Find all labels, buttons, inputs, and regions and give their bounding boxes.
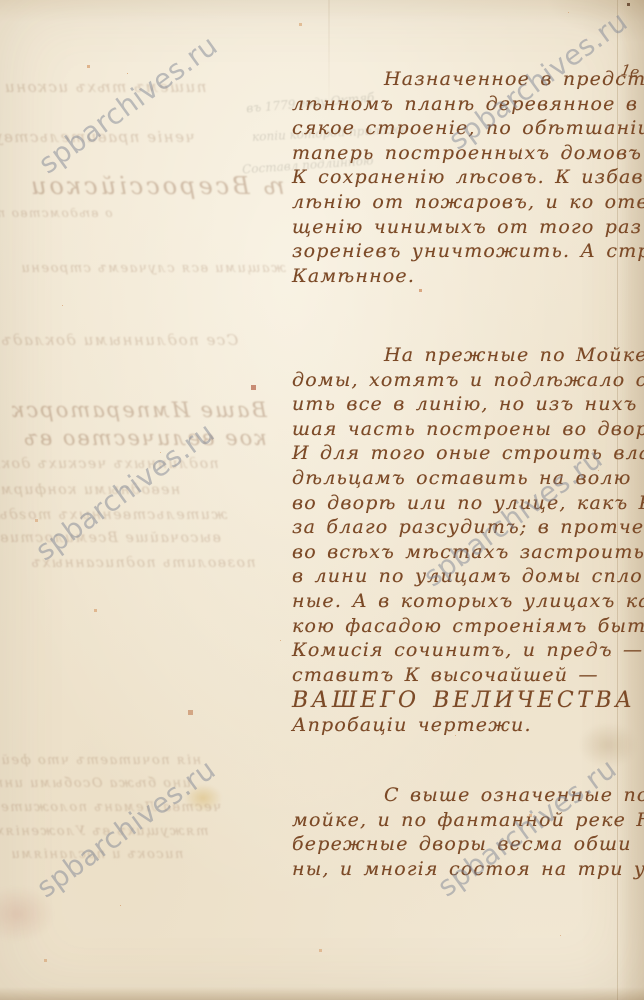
manuscript-line: К сохраненію лѣсовъ. К избав — [292, 166, 644, 191]
manuscript-line: кою фасадою строеніямъ быть — [292, 615, 644, 640]
manuscript-line: бережные дворы весма обши — [292, 833, 644, 858]
manuscript-line: во всѣхъ мѣстахъ застроить — [292, 541, 644, 566]
manuscript-page-scan: пишемъ тѣхъ искони шеи ченіе правительст… — [0, 0, 644, 1000]
bleedthrough-line: о вѣдомство подлеж — [0, 206, 112, 220]
manuscript-line: Назначенное в предста — [292, 68, 644, 93]
bleedthrough-line: писокъ и посланіями — [10, 847, 183, 862]
stain-left-edge — [0, 886, 54, 942]
bleedthrough-line: позволить подписанныхъ — [30, 555, 256, 571]
bleedthrough-line: жительственныхъ тогды Н — [0, 507, 227, 523]
manuscript-line: лѣнію от пожаровъ, и ко отвра — [292, 191, 644, 216]
manuscript-line: ставитъ К высочайшей — — [292, 664, 644, 689]
manuscript-line: домы, хотятъ и подлѣжало стро — [292, 369, 644, 394]
manuscript-line: таперь построенныхъ домовъ — [292, 142, 644, 167]
bleedthrough-line: тяжущихъ въ Уложеніяхъ — [0, 824, 208, 839]
manuscript-line: за благо разсудитъ; в протчемъ — [292, 516, 644, 541]
manuscript-line: С выше означенные по— — [292, 784, 644, 809]
bleedthrough-line: жащими вся случаемъ строени — [20, 261, 286, 276]
manuscript-line: лѣнномъ планѣ деревянное в — [292, 93, 644, 118]
manuscript-line: во дворѣ или по улице, какъ Кто — [292, 492, 644, 517]
manuscript-line: мойке, и по фантанной реке На — [292, 809, 644, 834]
bleedthrough-line: подлинныхъ ческихъ докла — [0, 456, 219, 472]
bleedthrough-line: ино бѣжа Особыми инте — [0, 776, 191, 791]
manuscript-line: ить все в линію, но изъ нихъ бол — [292, 393, 644, 418]
bleedthrough-line: Ссе подлинными докладъ — [0, 331, 238, 349]
manuscript-line: щенію чинимыхъ от того раз — [292, 216, 644, 241]
paragraph-2: На прежные по Мойке рек домы, хотятъ и п… — [292, 344, 644, 739]
bleedthrough-line: нія почитаетъ что фей — [0, 753, 201, 768]
manuscript-line: Камѣнное. — [292, 265, 644, 290]
paragraph-1: Назначенное в предста лѣнномъ планѣ дере… — [292, 68, 644, 289]
foxing-specks — [0, 0, 1, 1]
paragraph-3: С выше означенные по— мойке, и по фантан… — [292, 784, 644, 882]
page-edge-bottom — [0, 987, 644, 1000]
manuscript-line: На прежные по Мойке рек — [292, 344, 644, 369]
manuscript-line-royal-title: ВАШЕГО ВЕЛИЧЕСТВА — — [292, 688, 644, 714]
manuscript-line: Апробаціи чертежи. — [292, 714, 644, 739]
bleedthrough-line: кое величество въ — [22, 426, 267, 450]
manuscript-line: в лини по улицамъ домы сплошь — [292, 565, 644, 590]
bleedthrough-line: ченіе правительствующи — [0, 128, 195, 146]
manuscript-line: И для того оные строить вла — [292, 442, 644, 467]
manuscript-line: шая часть построены во дворѣ — [292, 418, 644, 443]
manuscript-line: ные. А в которыхъ улицахъ ка — [292, 590, 644, 615]
bleedthrough-line: Ваше Императорск — [10, 398, 267, 422]
manuscript-line: зореніевъ уничтожить. А строи — [292, 240, 644, 265]
manuscript-line: Комисія сочинитъ, и предъ — — [292, 639, 644, 664]
watermark-spbarchives: spbarchives.ru — [29, 26, 226, 182]
bleedthrough-line: пишемъ тѣхъ искони шеи — [0, 78, 206, 96]
manuscript-line: сякое строеніе, по обѣтшаніи — [292, 117, 644, 142]
manuscript-line: дѣльцамъ оставить на волю — [292, 467, 644, 492]
bleedthrough-line: неводными конфирмова — [0, 482, 180, 498]
bleedthrough-line: чества Леманъ положите съ — [0, 800, 221, 815]
bleedthrough-line: высочайше Всемилостивѣ — [0, 530, 221, 546]
manuscript-line: ны, и многія состоя на три улицы — [292, 858, 644, 883]
